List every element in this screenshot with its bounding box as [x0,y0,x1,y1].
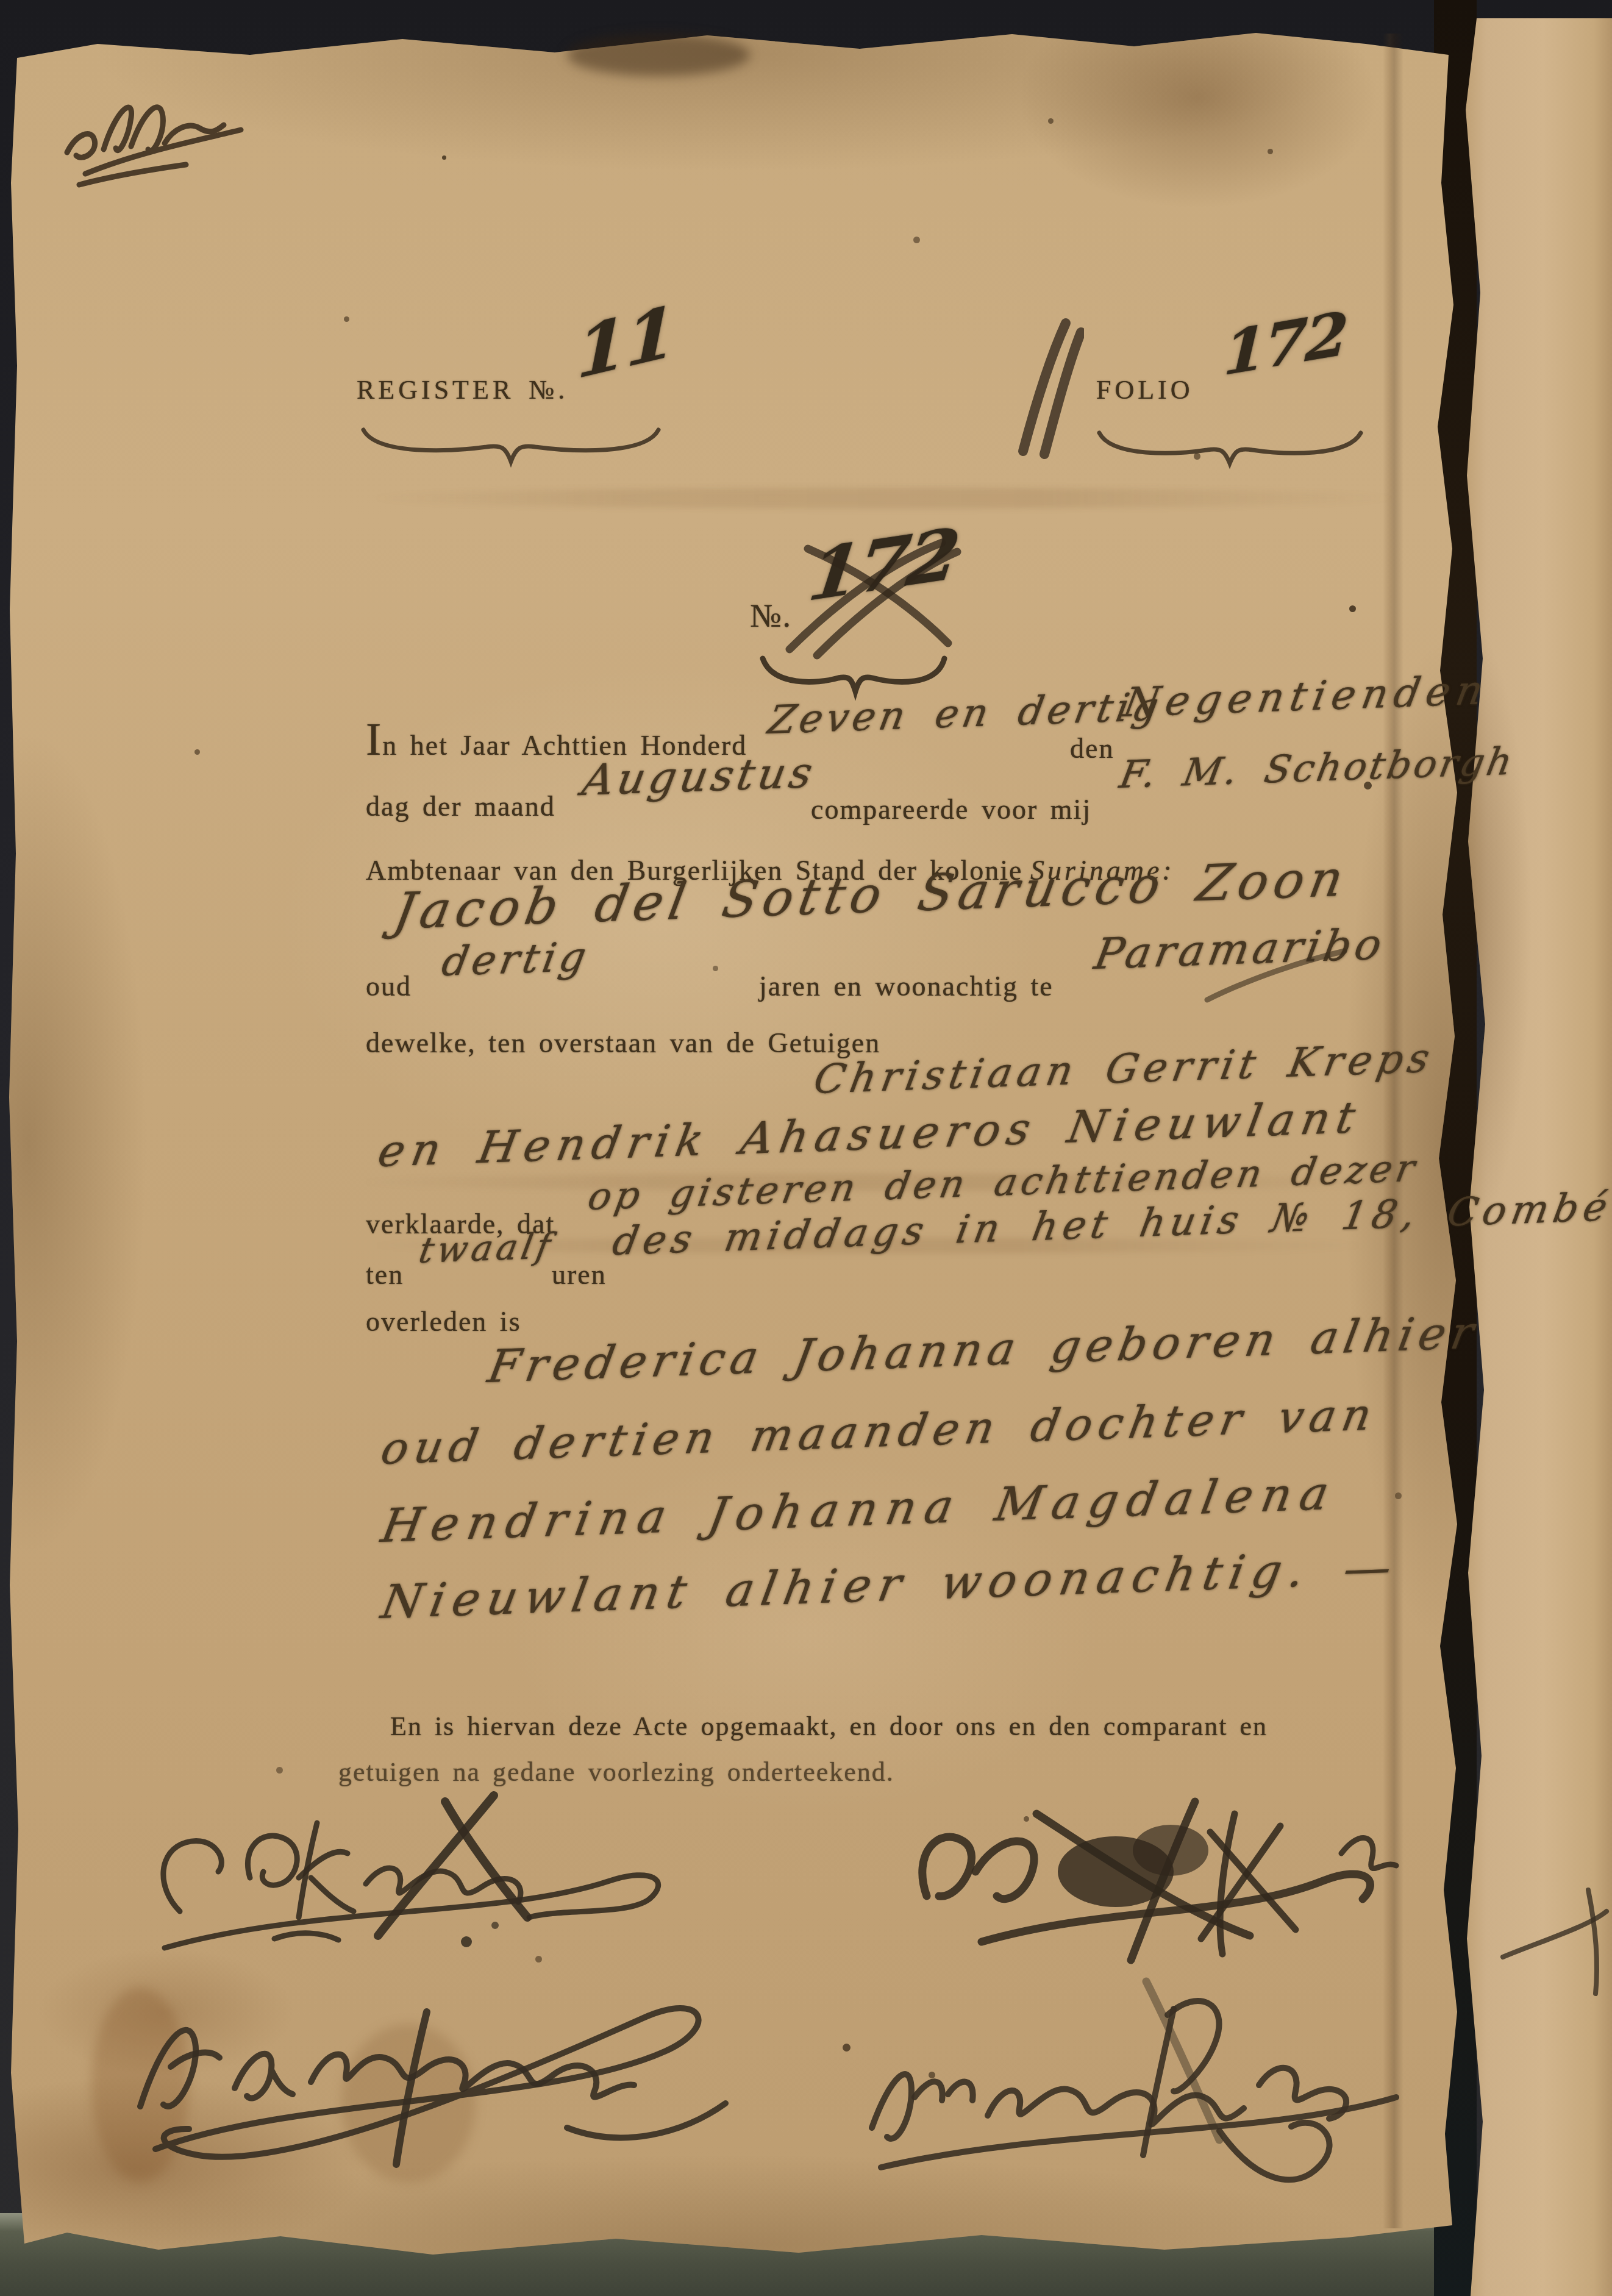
hour-handwritten: twaalf [416,1228,557,1268]
compareerde-printed: compareerde voor mij [811,796,1091,824]
death-report-day-handwritten: Negentienden [1121,670,1492,723]
month-label-printed: dag der maand [366,793,555,821]
overleden-printed: overleden is [366,1308,521,1336]
closing-line1-printed: En is hiervan deze Acte opgemaakt, en do… [390,1713,1268,1740]
paraph-mark-icon [58,58,290,192]
signature-schotborgh [829,1945,1439,2201]
month-handwritten: Augustus [579,751,819,802]
oud-printed: oud [366,972,412,1000]
getuigen-printed: dewelke, ten overstaan van de Getuigen [366,1029,880,1057]
document-scan: REGISTER №. 11 FOLIO 172 №. 172 In het J… [0,0,1612,2296]
register-number: 11 [576,296,674,389]
folio-pen-slash-icon [999,308,1084,460]
ten-printed: ten [366,1261,404,1289]
jaren-printed: jaren en woonachtig te [759,972,1054,1000]
next-page-ink-fragment-icon [1497,1884,1610,2018]
ink-specks [442,155,446,160]
residence-overstrike-icon [1195,942,1353,1015]
uren-printed: uren [552,1261,607,1289]
signature-nieuwland [98,1939,756,2183]
folio-label: FOLIO [1096,377,1194,404]
act-number-overstrikes-icon [765,527,966,668]
closing-line2-printed: getuigen na gedane voorlezing onderteeke… [338,1759,894,1786]
den-printed: den [1070,735,1114,763]
ink-bleed-streak [366,488,1402,508]
declarant-age-handwritten: dertig [439,937,593,982]
register-brace-icon [358,424,663,468]
register-label: REGISTER №. [357,377,568,404]
paper-stain [567,34,750,76]
folio-brace-icon [1094,427,1366,471]
